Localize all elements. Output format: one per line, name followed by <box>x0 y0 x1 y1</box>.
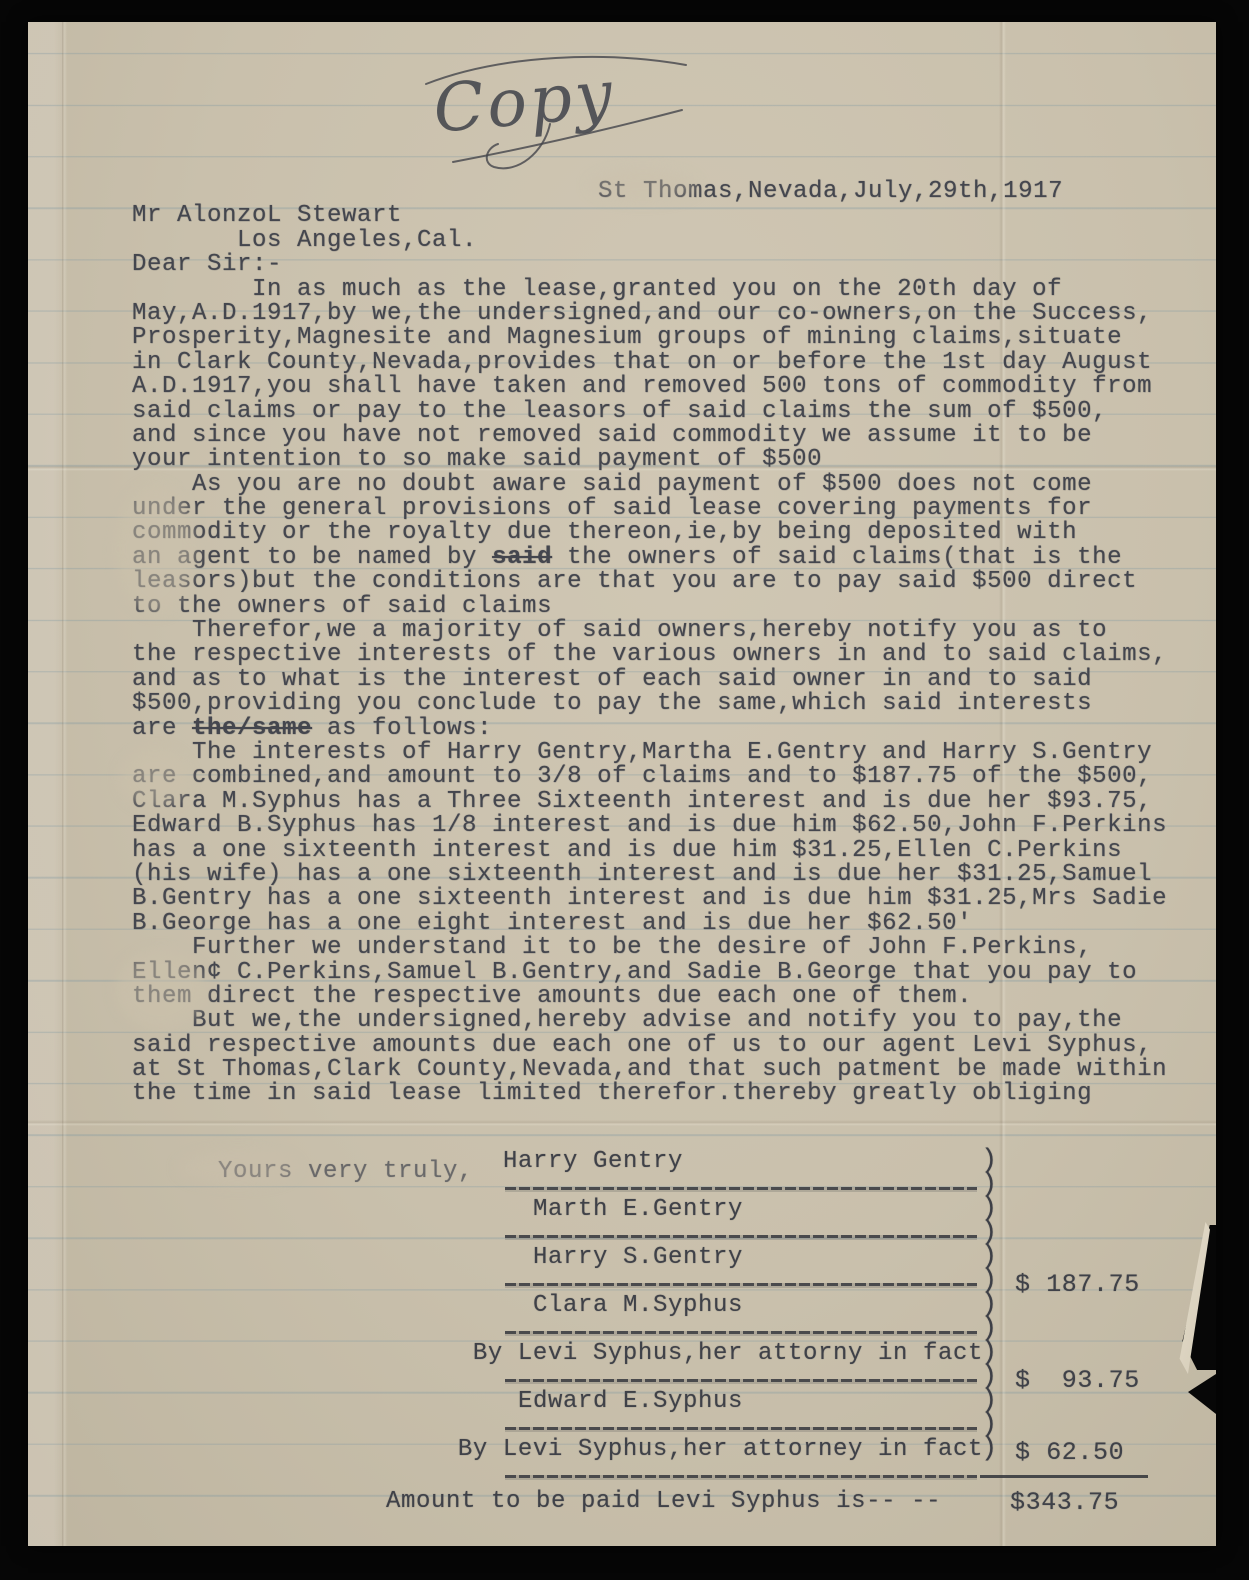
signature-name: Harry S.Gentry <box>503 1244 743 1271</box>
signature-row: Edward E.Syphus)) <box>503 1388 1213 1436</box>
letter-line: the time in said lease limited therefor.… <box>132 1082 1202 1106</box>
letter-line: leasors)but the conditions are that you … <box>132 570 1202 594</box>
letter-line: an agent to be named by said the owners … <box>132 546 1202 570</box>
closing-phrase: Yours very truly, <box>218 1158 473 1185</box>
signature-name: Edward E.Syphus <box>503 1388 743 1415</box>
letter-line: (his wife) has a one sixteenth interest … <box>132 863 1202 887</box>
signature-row: Marth E.Gentry)) <box>503 1196 1213 1244</box>
letter-line: Ellen¢ C.Perkins,Samuel B.Gentry,and Sad… <box>132 961 1202 985</box>
letter-line: the respective interests of the various … <box>132 643 1202 667</box>
letter-line: to the owners of said claims <box>132 595 1202 619</box>
letter-line: B.Gentry has a one sixteenth interest an… <box>132 887 1202 911</box>
fold-crease-left-edge <box>62 22 67 1546</box>
dateline: St Thomas,Nevada,July,29th,1917 <box>598 180 1202 204</box>
letter-line: In as much as the lease,granted you on t… <box>132 278 1202 302</box>
letter-line: Clara M.Syphus has a Three Sixteenth int… <box>132 790 1202 814</box>
letter-line: has a one sixteenth interest and is due … <box>132 839 1202 863</box>
letter-body: St Thomas,Nevada,July,29th,1917 Mr Alonz… <box>132 180 1202 1107</box>
scan-background: Copy St Thomas,Nevada,July,29th,1917 Mr … <box>0 0 1249 1580</box>
total-rule <box>980 1475 1148 1478</box>
recipient-name: Mr AlonzoL Stewart <box>132 204 1202 228</box>
signature-row: Harry S.Gentry))$ 187.75 <box>503 1244 1213 1292</box>
letter-line: commodity or the royalty due thereon,ie,… <box>132 521 1202 545</box>
letter-line: Therefor,we a majority of said owners,he… <box>132 619 1202 643</box>
letter-line: said respective amounts due each one of … <box>132 1034 1202 1058</box>
signature-line <box>505 1283 977 1286</box>
copy-word: Copy <box>430 55 618 148</box>
signature-name: Marth E.Gentry <box>503 1196 743 1223</box>
letter-line: Edward B.Syphus has 1/8 interest and is … <box>132 814 1202 838</box>
recipient-city: Los Angeles,Cal. <box>237 229 1202 253</box>
signature-line <box>505 1331 977 1334</box>
letter-line: your intention to so make said payment o… <box>132 448 1202 472</box>
signature-name: Clara M.Syphus <box>503 1292 743 1319</box>
fold-crease-lower <box>28 1120 1216 1126</box>
signature-row: By Levi Syphus,her attorny in fact))$ 93… <box>503 1340 1213 1388</box>
total-row: Amount to be paid Levi Syphus is-- -- $3… <box>28 1488 1216 1514</box>
letter-line: are combined,and amount to 3/8 of claims… <box>132 765 1202 789</box>
signature-line <box>505 1475 977 1478</box>
letter-line: said claims or pay to the leasors of sai… <box>132 400 1202 424</box>
letter-line: As you are no doubt aware said payment o… <box>132 473 1202 497</box>
letter-line: and as to what is the interest of each s… <box>132 668 1202 692</box>
letter-line: in Clark County,Nevada,provides that on … <box>132 351 1202 375</box>
letter-line: The interests of Harry Gentry,Martha E.G… <box>132 741 1202 765</box>
letter-line: and since you have not removed said comm… <box>132 424 1202 448</box>
letter-line: them direct the respective amounts due e… <box>132 985 1202 1009</box>
total-amount: $343.75 <box>1010 1488 1119 1517</box>
signature-line <box>505 1427 977 1430</box>
signature-row: Clara M.Syphus)) <box>503 1292 1213 1340</box>
signature-block: Harry Gentry)) Marth E.Gentry)) Harry S.… <box>503 1148 1213 1484</box>
signature-row: By Levi Syphus,her attorney in fact)$ 62… <box>503 1436 1213 1484</box>
letter-line: B.George has a one eight interest and is… <box>132 912 1202 936</box>
signature-line <box>505 1235 977 1238</box>
letter-line: under the general provisions of said lea… <box>132 497 1202 521</box>
letter-line: are the/same as follows: <box>132 717 1202 741</box>
letter-line: Prosperity,Magnesite and Magnesium group… <box>132 326 1202 350</box>
letter-line: at St Thomas,Clark County,Nevada,and tha… <box>132 1058 1202 1082</box>
letter-line: $500,providing you conclude to pay the s… <box>132 692 1202 716</box>
letter-line: May,A.D.1917,by we,the undersigned,and o… <box>132 302 1202 326</box>
letter-page: Copy St Thomas,Nevada,July,29th,1917 Mr … <box>28 22 1216 1546</box>
signature-name: By Levi Syphus,her attorney in fact <box>458 1436 983 1463</box>
letter-line: But we,the undersigned,hereby advise and… <box>132 1009 1202 1033</box>
handwritten-copy-annotation: Copy <box>398 38 708 178</box>
signature-name: By Levi Syphus,her attorny in fact <box>473 1340 983 1367</box>
signature-row: Harry Gentry)) <box>503 1148 1213 1196</box>
signature-line <box>505 1379 977 1382</box>
letter-line: Further we understand it to be the desir… <box>132 936 1202 960</box>
signature-name: Harry Gentry <box>503 1148 683 1175</box>
letter-line: A.D.1917,you shall have taken and remove… <box>132 375 1202 399</box>
body-paragraphs: In as much as the lease,granted you on t… <box>132 278 1202 1107</box>
salutation: Dear Sir:- <box>132 253 1202 277</box>
total-label: Amount to be paid Levi Syphus is-- -- <box>386 1488 941 1515</box>
signature-line <box>505 1187 977 1190</box>
